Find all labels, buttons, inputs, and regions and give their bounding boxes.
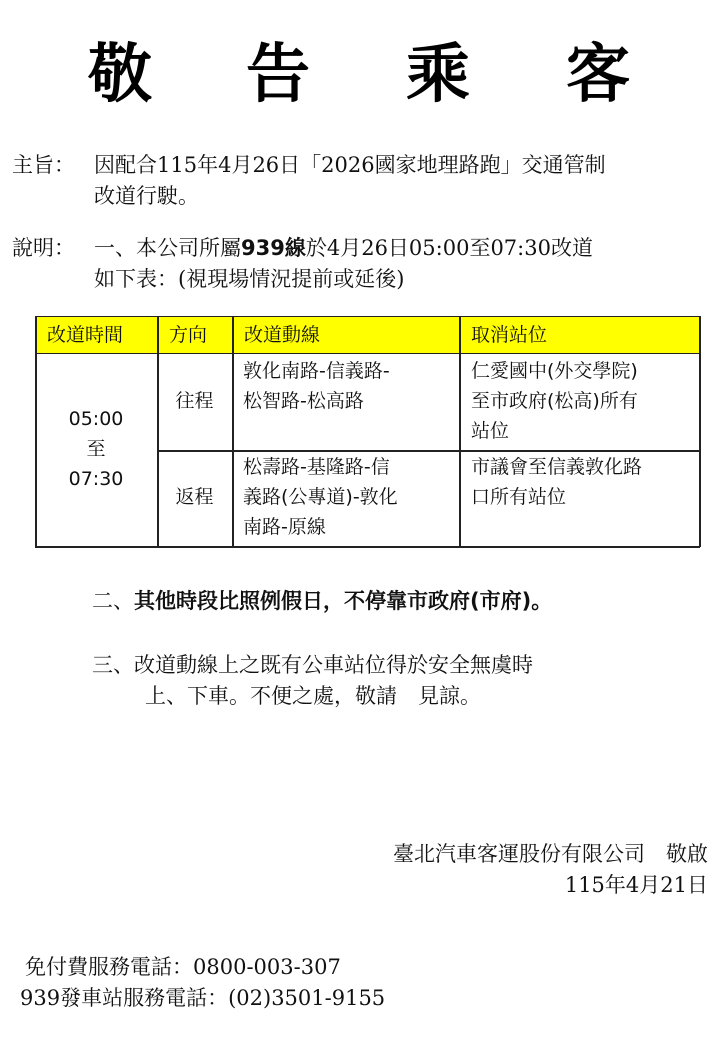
table-divider [232, 316, 234, 547]
toll-free-phone: 免付費服務電話：0800-003-307 [25, 952, 341, 983]
time-cell: 05:00 至 07:30 [35, 404, 157, 494]
table-border-bottom [35, 546, 700, 548]
direction-outbound: 往程 [157, 386, 232, 416]
time-to: 至 [35, 434, 157, 464]
route-line: 敦化南路-信義路- [243, 356, 457, 386]
time-end: 07:30 [35, 464, 157, 494]
cancelled-outbound: 仁愛國中(外交學院) 至市政府(松高)所有 站位 [471, 356, 699, 446]
item-1-suffix: 於4月26日05:00至07:30改道 [306, 236, 593, 260]
cancelled-line: 仁愛國中(外交學院) [471, 356, 699, 386]
item-2-text: 其他時段比照例假日，不停靠市政府(市府)。 [134, 589, 552, 613]
subject-label: 主旨： [12, 150, 75, 181]
header-time: 改道時間 [35, 316, 157, 354]
cancelled-return: 市議會至信義敦化路 口所有站位 [471, 452, 699, 512]
explanation-item-1: 一、本公司所屬939線於4月26日05:00至07:30改道 [94, 233, 593, 264]
cancelled-line: 口所有站位 [471, 482, 699, 512]
subject-line-1: 因配合115年4月26日「2026國家地理路跑」交通管制 [94, 150, 606, 181]
route-line: 義路(公專道)-敦化 [243, 482, 457, 512]
header-cancelled: 取消站位 [459, 316, 700, 354]
route-line: 松智路-松高路 [243, 386, 457, 416]
table-divider [459, 316, 461, 547]
item-1-prefix: 一、本公司所屬 [94, 236, 241, 260]
subject-line-2: 改道行駛。 [94, 181, 199, 212]
header-direction: 方向 [157, 316, 232, 354]
direction-return: 返程 [157, 482, 232, 512]
header-route: 改道動線 [232, 316, 459, 354]
route-line: 南路-原線 [243, 512, 457, 542]
explanation-item-3-line-1: 三、改道動線上之既有公車站位得於安全無虞時 [92, 650, 533, 681]
route-outbound: 敦化南路-信義路- 松智路-松高路 [243, 356, 457, 416]
item-2-prefix: 二、 [92, 589, 134, 613]
cancelled-line: 市議會至信義敦化路 [471, 452, 699, 482]
detour-table: 改道時間 方向 改道動線 取消站位 05:00 至 07:30 往程 敦化南路-… [35, 316, 700, 547]
signature-company: 臺北汽車客運股份有限公司 敬啟 [393, 839, 708, 870]
route-line: 松壽路-基隆路-信 [243, 452, 457, 482]
cancelled-line: 站位 [471, 416, 699, 446]
table-border-right [699, 316, 701, 547]
title-char: 客 [566, 30, 630, 120]
header-time-label: 改道時間 [47, 320, 123, 350]
time-start: 05:00 [35, 404, 157, 434]
cancelled-line: 至市政府(松高)所有 [471, 386, 699, 416]
route-number: 939線 [241, 236, 306, 260]
title-char: 告 [246, 30, 310, 120]
signature-date: 115年4月21日 [565, 870, 708, 901]
header-route-label: 改道動線 [244, 320, 320, 350]
header-cancelled-label: 取消站位 [471, 320, 547, 350]
explanation-item-2: 二、其他時段比照例假日，不停靠市政府(市府)。 [92, 586, 552, 617]
explanation-item-3-line-2: 上、下車。不便之處，敬請 見諒。 [145, 681, 481, 712]
notice-title: 敬 告 乘 客 [0, 30, 720, 120]
header-direction-label: 方向 [169, 320, 207, 350]
title-char: 敬 [88, 30, 152, 120]
title-char: 乘 [406, 30, 470, 120]
explanation-item-1-line-2: 如下表：(視現場情況提前或延後) [94, 264, 404, 295]
table-divider [157, 316, 159, 547]
terminal-phone: 939發車站服務電話：(02)3501-9155 [20, 983, 385, 1014]
explanation-label: 說明： [12, 233, 75, 264]
route-return: 松壽路-基隆路-信 義路(公專道)-敦化 南路-原線 [243, 452, 457, 542]
